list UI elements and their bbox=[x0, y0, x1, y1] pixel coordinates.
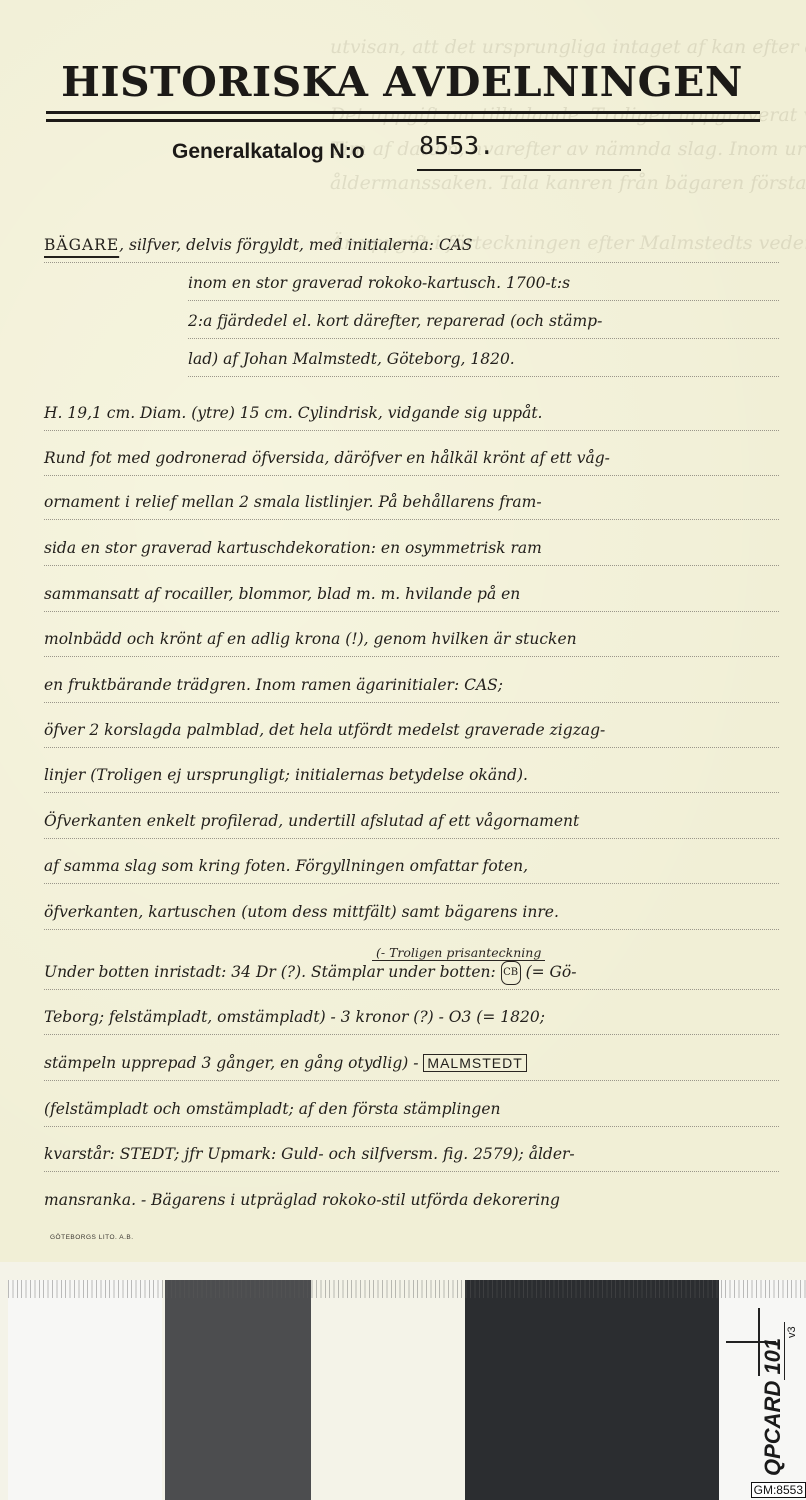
entry-line: mansranka. - Bägarens i utpräglad rokoko… bbox=[44, 1183, 779, 1217]
hallmark-icon: CB bbox=[501, 961, 521, 985]
entry-line: (felstämpladt och omstämpladt; af den fö… bbox=[44, 1092, 779, 1127]
entry-line: sammansatt af rocailler, blommor, blad m… bbox=[44, 577, 779, 612]
bleed-through-text: utvisan, att det ursprungliga intaget af… bbox=[330, 36, 806, 58]
entry-line: Rund fot med godronerad öfversida, däröf… bbox=[44, 441, 779, 476]
entry-text: , silfver, delvis förgyldt, med initiale… bbox=[119, 236, 472, 254]
entry-line: inom en stor graverad rokoko-kartusch. 1… bbox=[188, 266, 779, 301]
maker-stamp: MALMSTEDT bbox=[423, 1054, 526, 1072]
entry-line: molnbädd och krönt af en adlig krona (!)… bbox=[44, 622, 779, 657]
entry-text: (= Gö- bbox=[526, 963, 577, 981]
printer-imprint: GÖTEBORGS LITO. A.B. bbox=[50, 1234, 134, 1241]
title-rule bbox=[46, 111, 760, 114]
grey-patch bbox=[165, 1280, 311, 1500]
color-card-brand: QPCARD 101 bbox=[760, 1338, 786, 1476]
entry-line: 2:a fjärdedel el. kort därefter, reparer… bbox=[188, 304, 779, 339]
white-patch bbox=[8, 1280, 162, 1500]
entry-line: ornament i relief mellan 2 smala listlin… bbox=[44, 485, 779, 520]
entry-line: öfverkanten, kartuschen (utom dess mittf… bbox=[44, 895, 779, 930]
entry-line: en fruktbärande trädgren. Inom ramen äga… bbox=[44, 668, 779, 703]
catalog-label: Generalkatalog N:o bbox=[172, 140, 365, 164]
ruler-ticks bbox=[8, 1280, 806, 1298]
bleed-through-text: åldermanssaken. Tala kanren från bägaren… bbox=[330, 172, 806, 194]
entry-text: Under botten inristadt: 34 Dr (?). Stämp… bbox=[44, 963, 496, 981]
entry-line: BÄGARE, silfver, delvis förgyldt, med in… bbox=[44, 228, 779, 263]
entry-line: kvarstår: STEDT; jfr Upmark: Guld- och s… bbox=[44, 1137, 779, 1172]
entry-line: af samma slag som kring foten. Förgyllni… bbox=[44, 849, 779, 884]
bleed-through-text: Det uppgift om tilltalande. Troligen upp… bbox=[330, 104, 806, 126]
inventory-id-label: GM:8553 bbox=[751, 1482, 806, 1498]
department-title: HISTORISKA AVDELNINGEN bbox=[44, 58, 760, 106]
title-rule bbox=[46, 119, 760, 122]
dark-patch bbox=[465, 1280, 719, 1500]
catalog-card: utvisan, att det ursprungliga intaget af… bbox=[0, 0, 806, 1262]
entry-text: stämpeln upprepad 3 gånger, en gång otyd… bbox=[44, 1054, 418, 1072]
entry-line: Under botten inristadt: 34 Dr (?). Stämp… bbox=[44, 955, 779, 990]
entry-line: H. 19,1 cm. Diam. (ytre) 15 cm. Cylindri… bbox=[44, 396, 779, 431]
headword: BÄGARE bbox=[44, 236, 119, 254]
entry-line: Teborg; felstämpladt, omstämpladt) - 3 k… bbox=[44, 1000, 779, 1035]
entry-line: lad) af Johan Malmstedt, Göteborg, 1820. bbox=[188, 342, 779, 377]
color-card-version: v3 bbox=[786, 1326, 798, 1338]
entry-line: sida en stor graverad kartuschdekoration… bbox=[44, 531, 779, 566]
entry-line: Öfverkanten enkelt profilerad, undertill… bbox=[44, 804, 779, 839]
entry-line: linjer (Troligen ej ursprungligt; initia… bbox=[44, 758, 779, 793]
entry-line: stämpeln upprepad 3 gånger, en gång otyd… bbox=[44, 1046, 779, 1081]
entry-line: öfver 2 korslagda palmblad, det hela utf… bbox=[44, 713, 779, 748]
catalog-number: 8553. bbox=[417, 131, 641, 171]
